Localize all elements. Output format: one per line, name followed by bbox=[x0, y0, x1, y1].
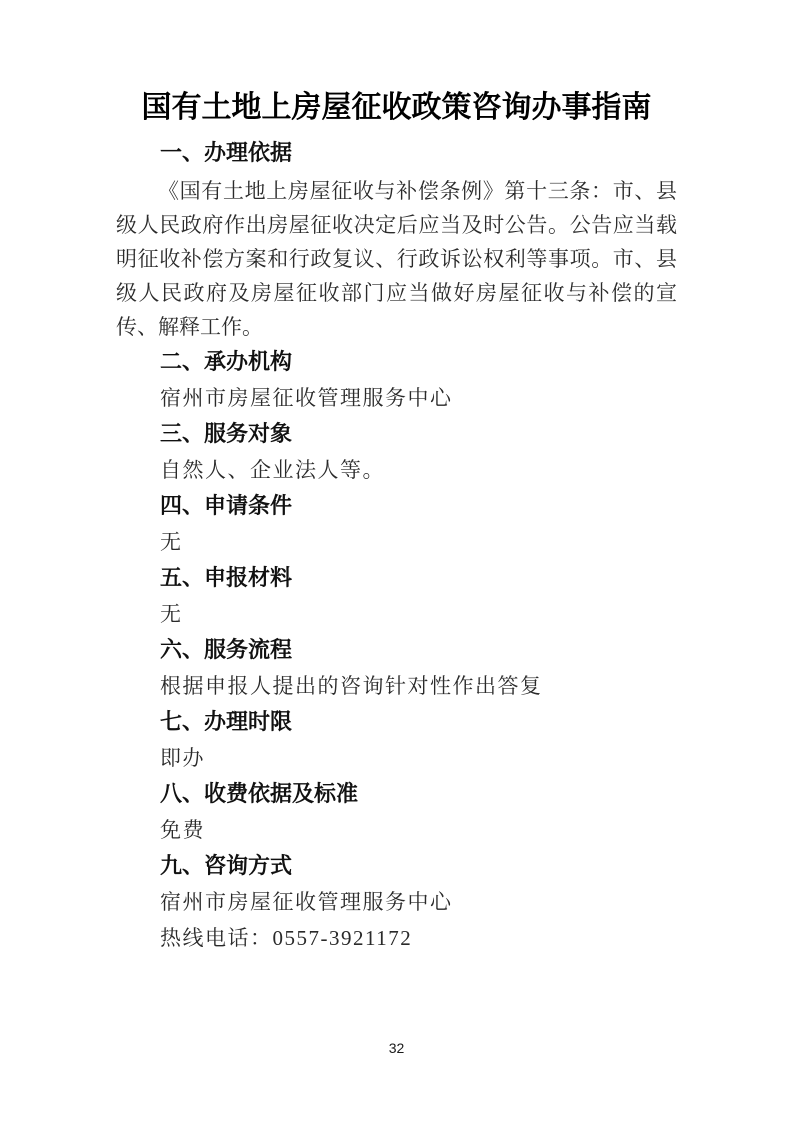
guide-section: 九、咨询方式 宿州市房屋征收管理服务中心热线电话：0557-3921172 bbox=[116, 848, 677, 956]
section-heading: 二、承办机构 bbox=[116, 344, 677, 380]
section-body: 无 bbox=[116, 524, 677, 560]
section-heading: 七、办理时限 bbox=[116, 704, 677, 740]
section-paragraph: 无 bbox=[116, 596, 677, 632]
guide-section: 二、承办机构 宿州市房屋征收管理服务中心 bbox=[116, 344, 677, 416]
section-body: 无 bbox=[116, 596, 677, 632]
guide-section: 六、服务流程 根据申报人提出的咨询针对性作出答复 bbox=[116, 632, 677, 704]
section-paragraph: 无 bbox=[116, 524, 677, 560]
document-content: 一、办理依据 《国有土地上房屋征收与补偿条例》第十三条：市、县级人民政府作出房屋… bbox=[116, 135, 677, 956]
section-paragraph: 宿州市房屋征收管理服务中心 bbox=[116, 380, 677, 416]
section-body: 自然人、企业法人等。 bbox=[116, 452, 677, 488]
section-paragraph: 热线电话：0557-3921172 bbox=[116, 920, 677, 956]
guide-section: 五、申报材料 无 bbox=[116, 560, 677, 632]
section-heading: 三、服务对象 bbox=[116, 416, 677, 452]
section-paragraph: 根据申报人提出的咨询针对性作出答复 bbox=[116, 668, 677, 704]
section-paragraph: 免费 bbox=[116, 812, 677, 848]
guide-section: 八、收费依据及标准 免费 bbox=[116, 776, 677, 848]
section-body: 免费 bbox=[116, 812, 677, 848]
guide-section: 三、服务对象 自然人、企业法人等。 bbox=[116, 416, 677, 488]
page-number: 32 bbox=[0, 1040, 793, 1056]
section-body: 即办 bbox=[116, 740, 677, 776]
guide-section: 一、办理依据 《国有土地上房屋征收与补偿条例》第十三条：市、县级人民政府作出房屋… bbox=[116, 135, 677, 344]
section-heading: 九、咨询方式 bbox=[116, 848, 677, 884]
section-body: 根据申报人提出的咨询针对性作出答复 bbox=[116, 668, 677, 704]
section-body: 宿州市房屋征收管理服务中心热线电话：0557-3921172 bbox=[116, 884, 677, 956]
document-title: 国有土地上房屋征收政策咨询办事指南 bbox=[0, 88, 793, 128]
section-heading: 六、服务流程 bbox=[116, 632, 677, 668]
section-heading: 四、申请条件 bbox=[116, 488, 677, 524]
section-paragraph: 《国有土地上房屋征收与补偿条例》第十三条：市、县级人民政府作出房屋征收决定后应当… bbox=[116, 174, 677, 344]
document-page: 国有土地上房屋征收政策咨询办事指南 一、办理依据 《国有土地上房屋征收与补偿条例… bbox=[0, 0, 793, 1122]
section-paragraph: 即办 bbox=[116, 740, 677, 776]
section-paragraph: 自然人、企业法人等。 bbox=[116, 452, 677, 488]
section-paragraph: 宿州市房屋征收管理服务中心 bbox=[116, 884, 677, 920]
guide-section: 七、办理时限 即办 bbox=[116, 704, 677, 776]
section-heading: 八、收费依据及标准 bbox=[116, 776, 677, 812]
section-body: 宿州市房屋征收管理服务中心 bbox=[116, 380, 677, 416]
section-body: 《国有土地上房屋征收与补偿条例》第十三条：市、县级人民政府作出房屋征收决定后应当… bbox=[116, 174, 677, 344]
section-heading: 一、办理依据 bbox=[116, 135, 677, 171]
guide-section: 四、申请条件 无 bbox=[116, 488, 677, 560]
section-heading: 五、申报材料 bbox=[116, 560, 677, 596]
